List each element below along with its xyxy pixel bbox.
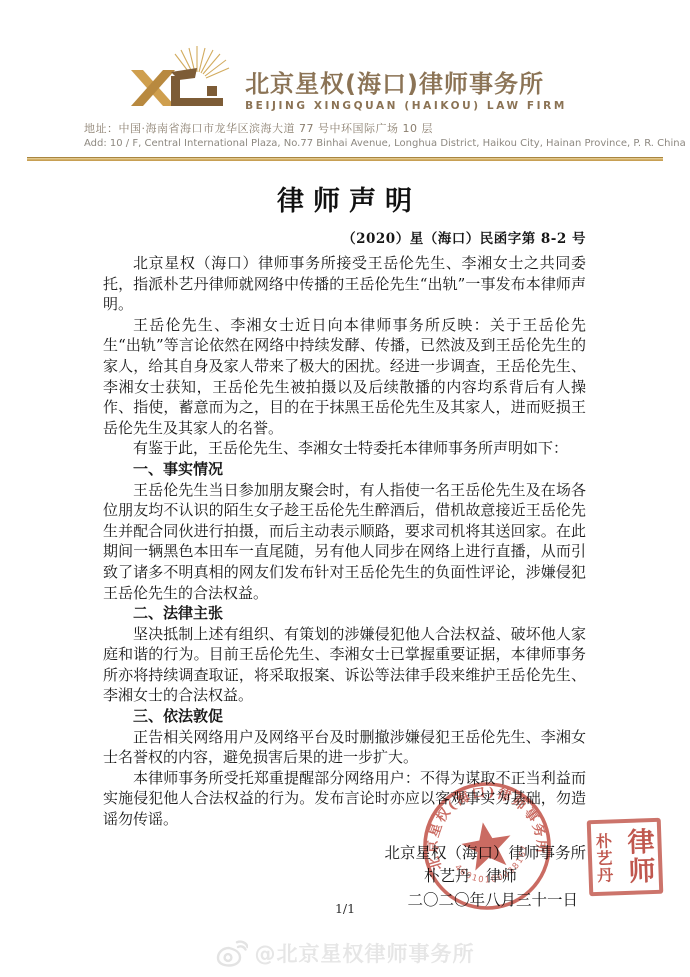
document-number: （2020）星（海口）民函字第 8-2 号	[103, 227, 586, 247]
body-paragraph: 正告相关网络用户及网络平台及时删撤涉嫌侵犯王岳伦先生、李湘女士名誉权的内容，避免…	[103, 727, 586, 768]
page-number: 1/1	[0, 901, 690, 916]
address-block: 地址：中国·海南省海口市龙华区滨海大道 77 号中环国际广场 10 层 Add:…	[84, 120, 690, 149]
body-paragraph: 北京星权（海口）律师事务所接受王岳伦先生、李湘女士之共同委托，指派朴艺丹律师就网…	[103, 253, 586, 315]
body-paragraph: 王岳伦先生当日参加朋友聚会时，有人指使一名王岳伦先生及在场各位朋友均不认识的陌生…	[103, 480, 586, 604]
document-page: 北京星权(海口)律师事务所 BEIJING XINGQUAN (HAIKOU) …	[0, 0, 690, 977]
body-paragraph: 王岳伦先生、李湘女士近日向本律师事务所反映：关于王岳伦先生“出轨”等言论依然在网…	[103, 315, 586, 439]
lawyer-seal-name: 朴艺丹	[591, 832, 616, 884]
address-en: Add: 10 / F, Central International Plaza…	[84, 138, 690, 149]
firm-name-en: BEIJING XINGQUAN (HAIKOU) LAW FIRM	[245, 100, 567, 112]
xq-logo-icon	[123, 44, 235, 114]
document-body: 北京星权（海口）律师事务所接受王岳伦先生、李湘女士之共同委托，指派朴艺丹律师就网…	[103, 253, 586, 830]
address-cn: 地址：中国·海南省海口市龙华区滨海大道 77 号中环国际广场 10 层	[84, 120, 690, 136]
firm-name-cn: 北京星权(海口)律师事务所	[245, 71, 567, 97]
body-paragraph: 坚决抵制上述有组织、有策划的涉嫌侵犯他人合法权益、破坏他人家庭和谐的行为。目前王…	[103, 624, 586, 706]
watermark: @北京星权律师事务所	[0, 938, 690, 968]
signature-firm: 北京星权（海口）律师事务所	[103, 842, 586, 866]
header-divider	[27, 157, 663, 161]
body-paragraph: 有鉴于此，王岳伦先生、李湘女士特委托本律师事务所声明如下：	[103, 438, 586, 459]
section-heading: 三、依法敦促	[103, 706, 586, 727]
watermark-text: @北京星权律师事务所	[255, 938, 475, 968]
lawyer-seal-title: 律师	[618, 827, 659, 886]
weibo-icon	[216, 940, 248, 967]
document-title: 律师声明	[103, 179, 586, 218]
firm-names: 北京星权(海口)律师事务所 BEIJING XINGQUAN (HAIKOU) …	[245, 71, 567, 114]
section-heading: 一、事实情况	[103, 459, 586, 480]
logo-x-icon	[131, 70, 175, 106]
statement-document: 律师声明 （2020）星（海口）民函字第 8-2 号 北京星权（海口）律师事务所…	[103, 179, 586, 830]
lawyer-name-seal: 律师 朴艺丹	[587, 818, 664, 897]
signature-lawyer: 朴艺丹 律师	[103, 865, 586, 889]
section-heading: 二、法律主张	[103, 603, 586, 624]
logo-row: 北京星权(海口)律师事务所 BEIJING XINGQUAN (HAIKOU) …	[0, 44, 690, 114]
letterhead: 北京星权(海口)律师事务所 BEIJING XINGQUAN (HAIKOU) …	[0, 0, 690, 161]
body-paragraph: 本律师事务所受托郑重提醒部分网络用户：不得为谋取不正当利益而实施侵犯他人合法权益…	[103, 768, 586, 830]
